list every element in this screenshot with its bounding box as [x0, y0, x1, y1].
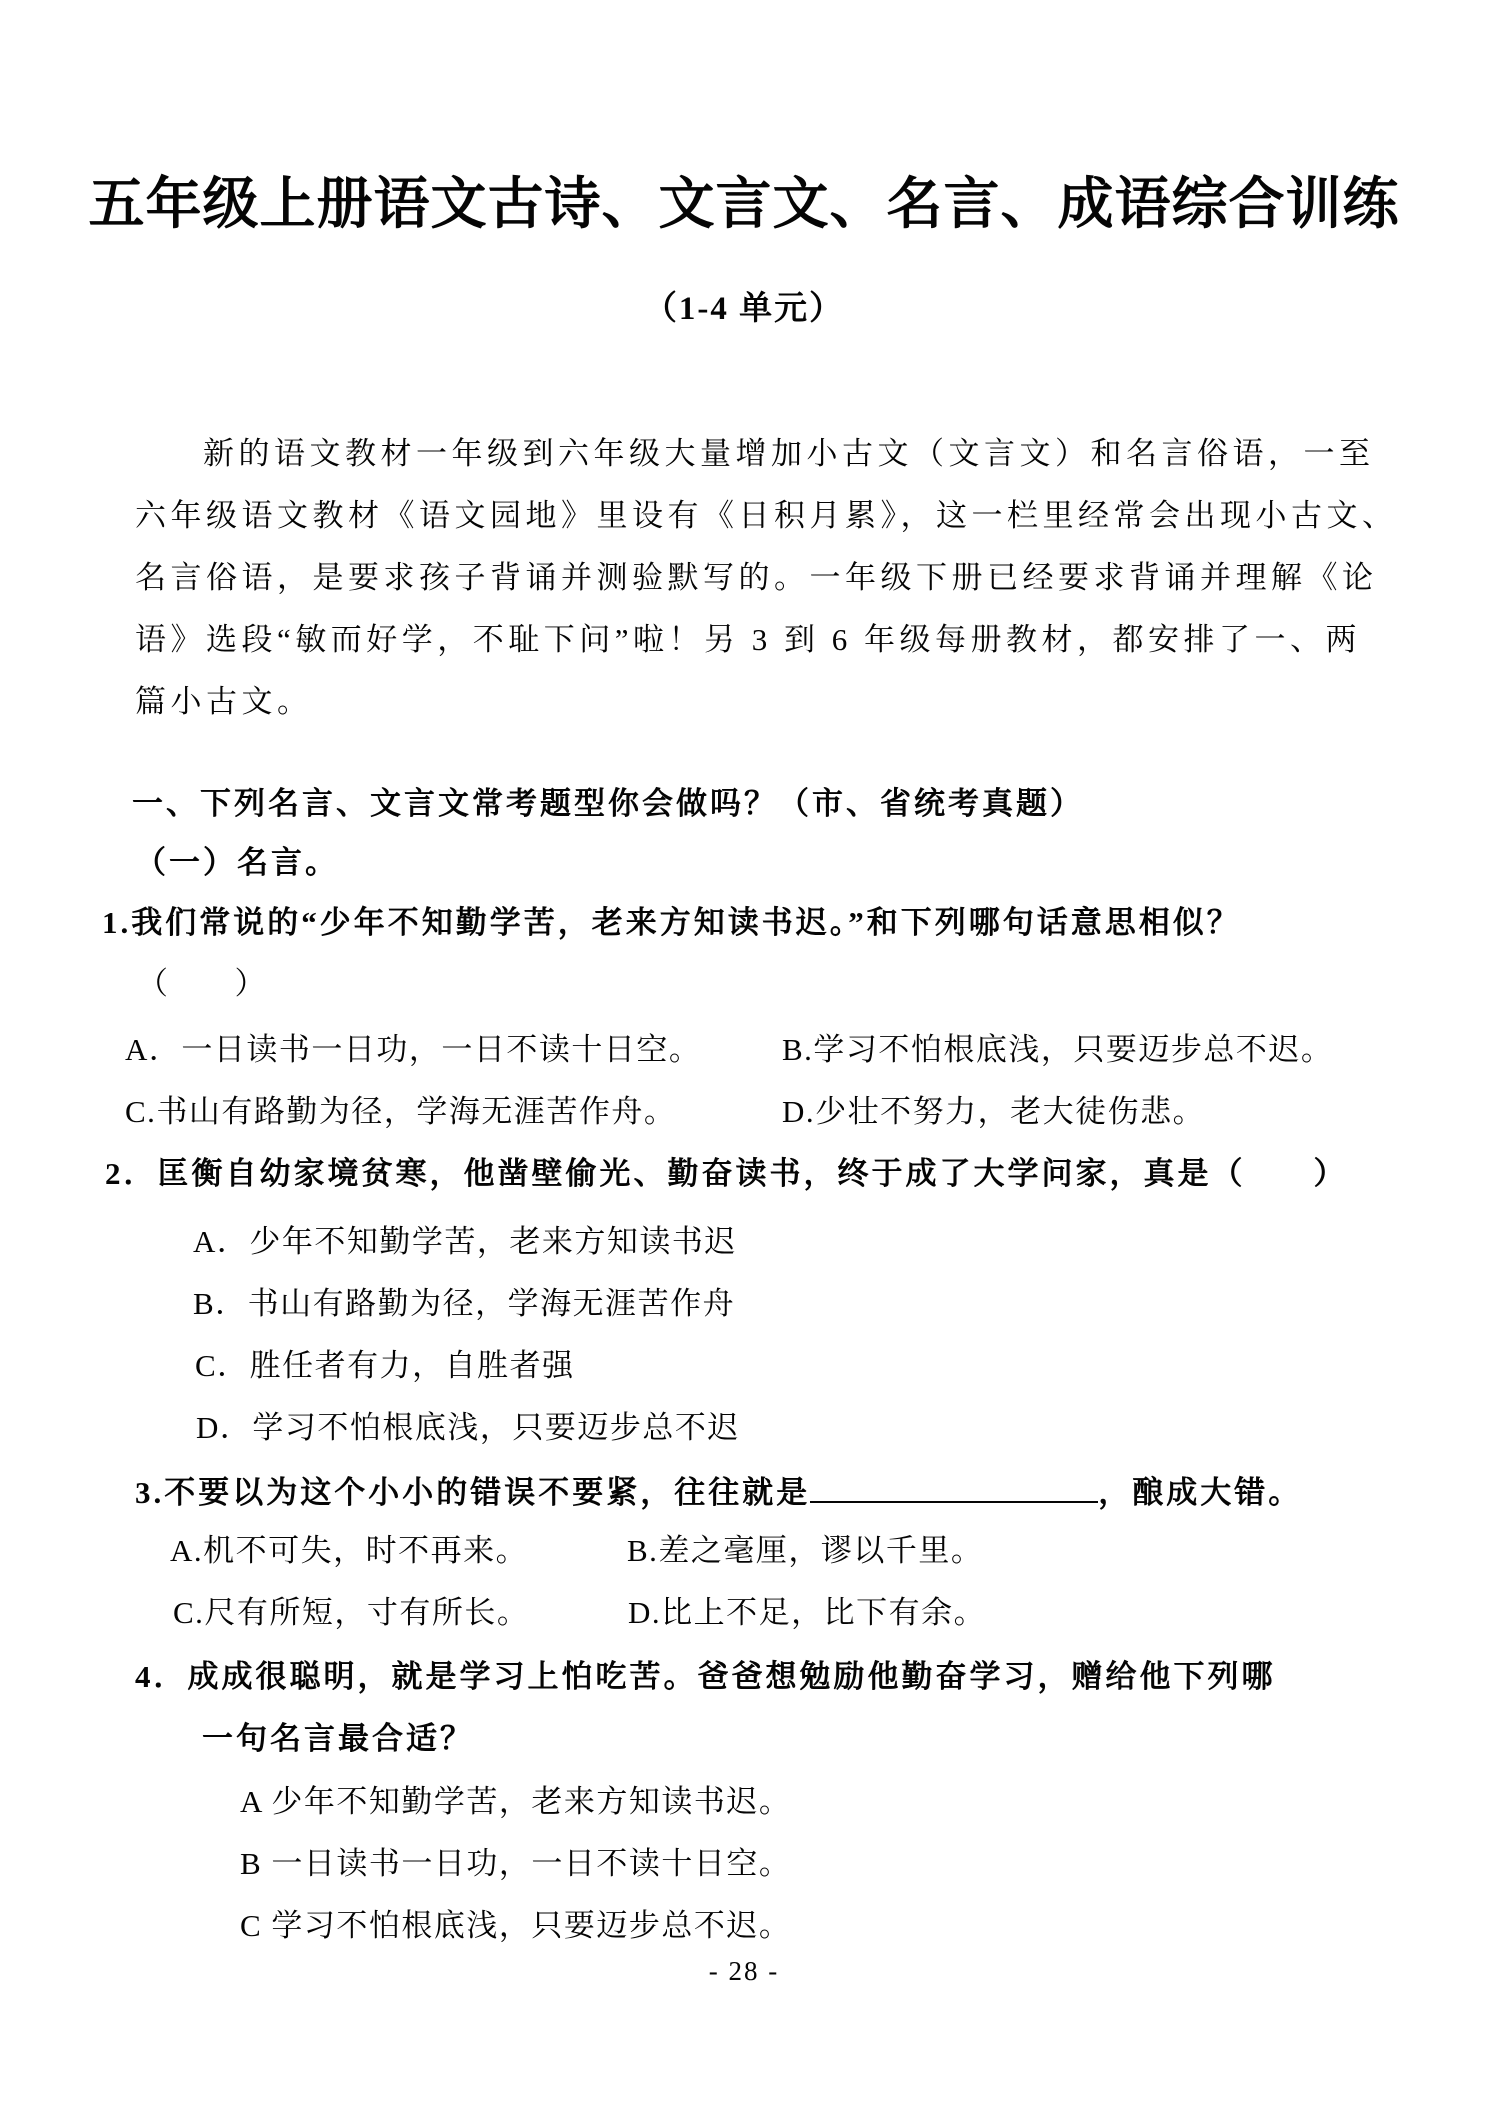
question-3-blank-underline	[810, 1470, 1098, 1503]
question-3-stem: 3.不要以为这个小小的错误不要紧，往往就是，酿成大错。	[135, 1470, 1302, 1511]
question-1-option-b: B.学习不怕根底浅，只要迈步总不迟。	[782, 1032, 1333, 1068]
question-3-option-c: C.尺有所短，寸有所长。	[173, 1595, 529, 1631]
question-4-option-b: B 一日读书一日功，一日不读十日空。	[240, 1846, 791, 1882]
question-3-stem-text: 3.不要以为这个小小的错误不要紧，往往就是	[135, 1475, 810, 1510]
question-4-option-a: A 少年不知勤学苦，老来方知读书迟。	[240, 1784, 791, 1820]
intro-line-1: 新的语文教材一年级到六年级大量增加小古文（文言文）和名言俗语，一至	[203, 436, 1375, 472]
intro-line-4: 语》选段“敏而好学，不耻下问”啦！另 3 到 6 年级每册教材，都安排了一、两	[135, 622, 1361, 658]
section-subheading: （一）名言。	[135, 845, 339, 881]
question-2-option-b: B．书山有路勤为径，学海无涯苦作舟	[193, 1286, 735, 1322]
question-3-option-a: A.机不可失，时不再来。	[170, 1533, 528, 1569]
question-4-stem-line-2: 一句名言最合适？	[202, 1721, 474, 1757]
question-3-option-d: D.比上不足，比下有余。	[628, 1595, 986, 1631]
intro-line-5: 篇小古文。	[135, 684, 313, 720]
question-2-option-d: D．学习不怕根底浅，只要迈步总不迟	[196, 1410, 740, 1446]
document-page: 五年级上册语文古诗、文言文、名言、成语综合训练 （1-4 单元） 新的语文教材一…	[0, 0, 1488, 2105]
question-3-stem-tail: ，酿成大错。	[1098, 1475, 1302, 1510]
page-subtitle: （1-4 单元）	[0, 282, 1488, 329]
page-number: - 28 -	[0, 1956, 1488, 1987]
question-2-option-c: C．胜任者有力，自胜者强	[195, 1348, 575, 1384]
page-title: 五年级上册语文古诗、文言文、名言、成语综合训练	[0, 160, 1488, 240]
intro-line-3: 名言俗语，是要求孩子背诵并测验默写的。一年级下册已经要求背诵并理解《论	[135, 560, 1378, 596]
question-1-option-c: C.书山有路勤为径，学海无涯苦作舟。	[125, 1094, 676, 1130]
question-2-stem: 2．匡衡自幼家境贫寒，他凿壁偷光、勤奋读书，终于成了大学问家，真是（ ）	[105, 1156, 1348, 1192]
question-1-option-d: D.少壮不努力，老大徒伤悲。	[782, 1094, 1205, 1130]
question-1-option-a: A．一日读书一日功，一日不读十日空。	[125, 1032, 701, 1068]
question-1-stem: 1.我们常说的“少年不知勤学苦，老来方知读书迟。”和下列哪句话意思相似？	[102, 905, 1241, 941]
question-2-option-a: A．少年不知勤学苦，老来方知读书迟	[193, 1224, 737, 1260]
question-4-option-c: C 学习不怕根底浅，只要迈步总不迟。	[240, 1908, 791, 1944]
intro-line-2: 六年级语文教材《语文园地》里设有《日积月累》，这一栏里经常会出现小古文、	[135, 498, 1398, 534]
question-4-stem-line-1: 4．成成很聪明，就是学习上怕吃苦。爸爸想勉励他勤奋学习，赠给他下列哪	[135, 1659, 1276, 1695]
section-heading: 一、下列名言、文言文常考题型你会做吗？（市、省统考真题）	[132, 786, 1084, 822]
question-1-answer-parens: （ ）	[137, 966, 267, 1002]
question-3-option-b: B.差之毫厘，谬以千里。	[627, 1533, 983, 1569]
